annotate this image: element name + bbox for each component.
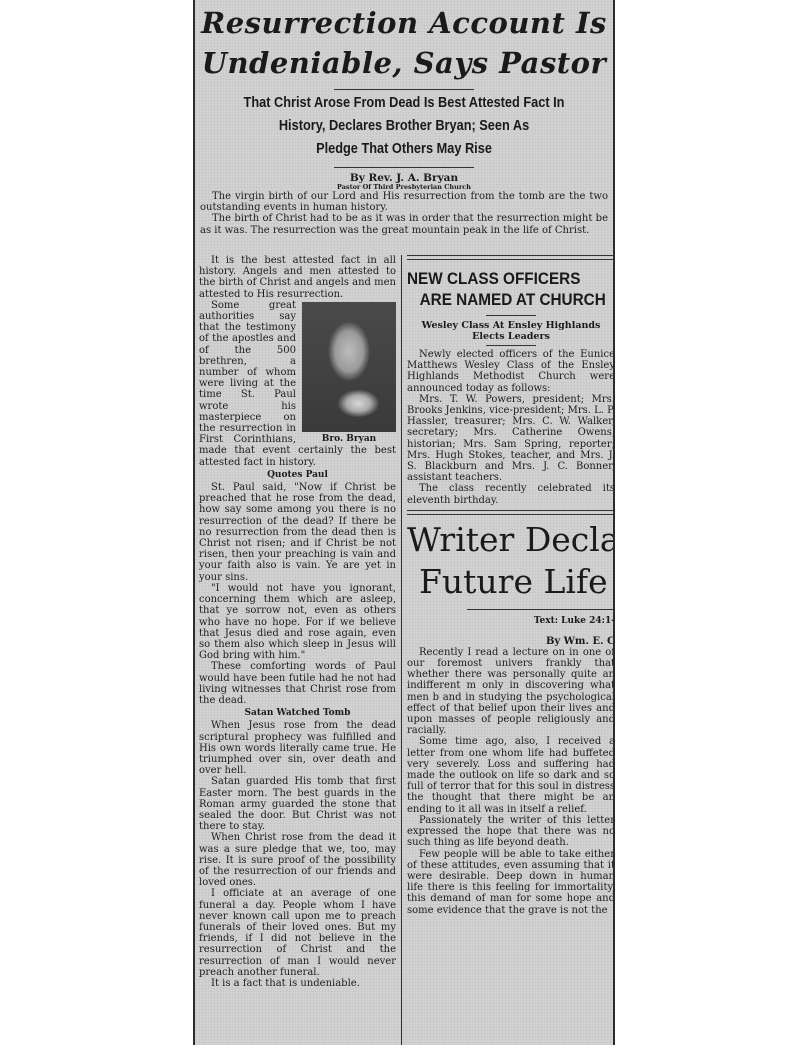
class-headline: NEW CLASS OFFICERS ARE NAMED AT CHURCH [407,268,594,310]
divider [467,609,615,610]
paragraph: It is the best attested fact in all hist… [199,255,396,300]
writer-headline: Writer Declar Future Life ' [407,519,615,603]
deck-line-1: That Christ Arose From Dead Is Best Atte… [202,92,605,115]
paragraph: Recently I read a lecture on in one of o… [407,647,615,737]
paragraph: I officiate at an average of one funeral… [199,888,396,978]
paragraph: Newly elected officers of the Eunice Mat… [407,349,615,394]
class-body: Newly elected officers of the Eunice Mat… [407,349,615,506]
paragraph: "I would not have you ignorant, concerni… [199,583,396,661]
byline-title: Pastor Of Third Presbyterian Church [195,183,613,191]
scripture-reference: Text: Luke 24:1- [407,616,615,626]
intro-text: The virgin birth of our Lord and His res… [195,191,613,236]
divider [407,510,615,515]
class-subhead: Wesley Class At Ensley Highlands Elects … [407,320,615,342]
headline-line-1: Writer Declar [407,519,615,561]
paragraph: These comforting words of Paul would hav… [199,661,396,706]
paragraph: The class recently celebrated its eleven… [407,483,615,505]
divider [407,255,615,260]
paragraph: Passionately the writer of this letter e… [407,815,615,849]
paragraph: St. Paul said, "Now if Christ be preache… [199,482,396,583]
paragraph: The virgin birth of our Lord and His res… [200,191,608,213]
left-column: It is the best attested fact in all hist… [199,255,396,1045]
byline: By Wm. E. C [407,636,615,647]
subhead: Satan Watched Tomb [199,708,396,719]
paragraph: Satan guarded His tomb that first Easter… [199,776,396,832]
headline-line-1: NEW CLASS OFFICERS [407,268,594,289]
writer-body: Recently I read a lecture on in one of o… [407,647,615,916]
portrait-photo [302,302,396,432]
divider [334,89,474,90]
columns: It is the best attested fact in all hist… [195,255,613,1045]
deck-headline: That Christ Arose From Dead Is Best Atte… [202,92,605,161]
newspaper-clipping: Resurrection Account Is Undeniable, Says… [193,0,615,1045]
subhead: Quotes Paul [199,470,396,481]
paragraph: The birth of Christ had to be as it was … [200,213,608,235]
divider [486,315,536,316]
paragraph: It is a fact that is undeniable. [199,978,396,989]
headline-line-2: ARE NAMED AT CHURCH [407,289,594,310]
photo-caption: Bro. Bryan [302,434,396,445]
paragraph: When Jesus rose from the dead scriptural… [199,720,396,776]
paragraph: Mrs. T. W. Powers, president; Mrs. Brook… [407,394,615,484]
headline-line-2: Future Life ' [407,561,615,603]
headline-line-1: Resurrection Account Is [195,3,613,43]
divider [486,345,536,346]
paragraph: Some time ago, also, I received a letter… [407,736,615,814]
paragraph: When Christ rose from the dead it was a … [199,832,396,888]
deck-line-3: Pledge That Others May Rise [202,138,605,161]
paragraph: Few people will be able to take either o… [407,849,615,916]
headline-line-2: Undeniable, Says Pastor [195,43,613,83]
divider [334,167,474,168]
main-headline: Resurrection Account Is Undeniable, Says… [195,3,613,83]
right-column: NEW CLASS OFFICERS ARE NAMED AT CHURCH W… [407,255,615,1045]
column-divider [401,255,402,1045]
deck-line-2: History, Declares Brother Bryan; Seen As [202,115,605,138]
